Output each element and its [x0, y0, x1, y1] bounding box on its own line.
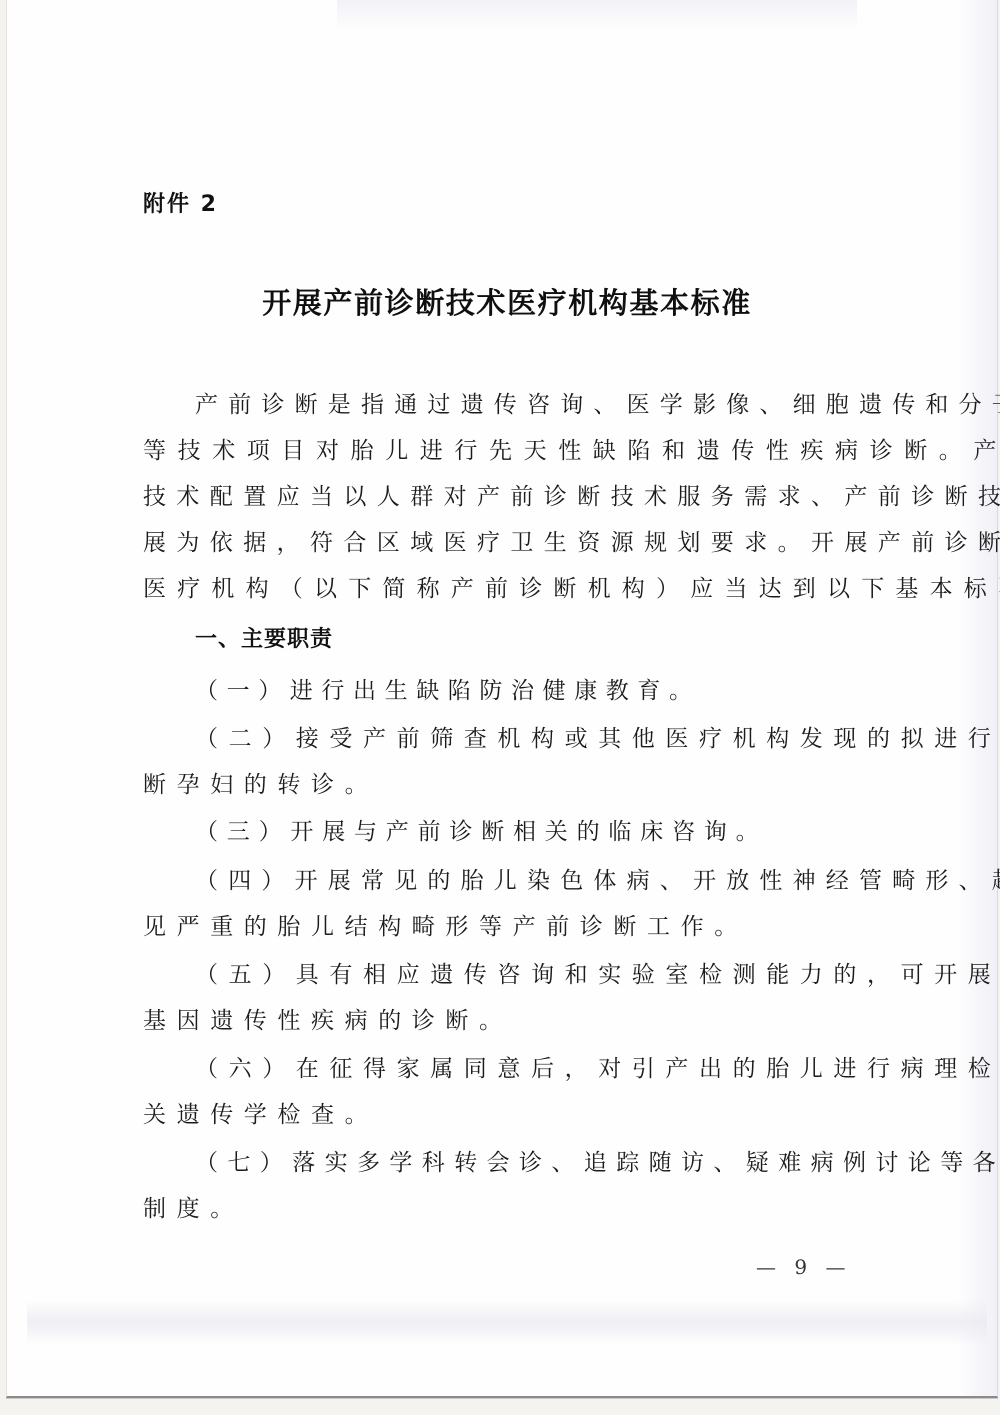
duty-item-4-line-2: 见严重的胎儿结构畸形等产前诊断工作。: [143, 912, 873, 942]
duty-item-6-line-2: 关遗传学检查。: [143, 1100, 873, 1130]
duty-item-7-line-1: （七）落实多学科转会诊、追踪随访、疑难病例讨论等各项规章: [195, 1148, 925, 1178]
duty-item-7-line-2: 制度。: [143, 1194, 873, 1224]
scan-shading-bottom: [27, 1300, 987, 1345]
duty-item-6-line-1: （六）在征得家属同意后，对引产出的胎儿进行病理检查及相: [195, 1054, 925, 1084]
page-number: — 9 —: [756, 1255, 851, 1279]
attachment-label: 附件 2: [143, 187, 218, 218]
duty-item-1: （一）进行出生缺陷防治健康教育。: [195, 676, 925, 706]
intro-line-4: 展为依据，符合区域医疗卫生资源规划要求。开展产前诊断技术: [143, 528, 873, 558]
scan-shading-top: [337, 0, 857, 30]
duty-item-2-line-1: （二）接受产前筛查机构或其他医疗机构发现的拟进行产前诊: [195, 724, 925, 754]
duty-item-5-line-1: （五）具有相应遗传咨询和实验室检测能力的，可开展常见单: [195, 960, 925, 990]
duty-item-5-line-2: 基因遗传性疾病的诊断。: [143, 1006, 873, 1036]
duty-item-4-line-1: （四）开展常见的胎儿染色体病、开放性神经管畸形、超声下常: [195, 866, 925, 896]
duty-item-3: （三）开展与产前诊断相关的临床咨询。: [195, 817, 925, 847]
section-heading-main-duties: 一、主要职责: [195, 625, 925, 655]
intro-line-5: 医疗机构（以下简称产前诊断机构）应当达到以下基本标准。: [143, 574, 873, 604]
intro-line-1: 产前诊断是指通过遗传咨询、医学影像、细胞遗传和分子遗传: [195, 390, 925, 420]
duty-item-2-line-2: 断孕妇的转诊。: [143, 770, 873, 800]
scan-shading-right: [957, 0, 997, 1396]
intro-line-2: 等技术项目对胎儿进行先天性缺陷和遗传性疾病诊断。产前诊断: [143, 436, 873, 466]
intro-line-3: 技术配置应当以人群对产前诊断技术服务需求、产前诊断技术发: [143, 482, 873, 512]
document-title: 开展产前诊断技术医疗机构基本标准: [0, 281, 1000, 322]
